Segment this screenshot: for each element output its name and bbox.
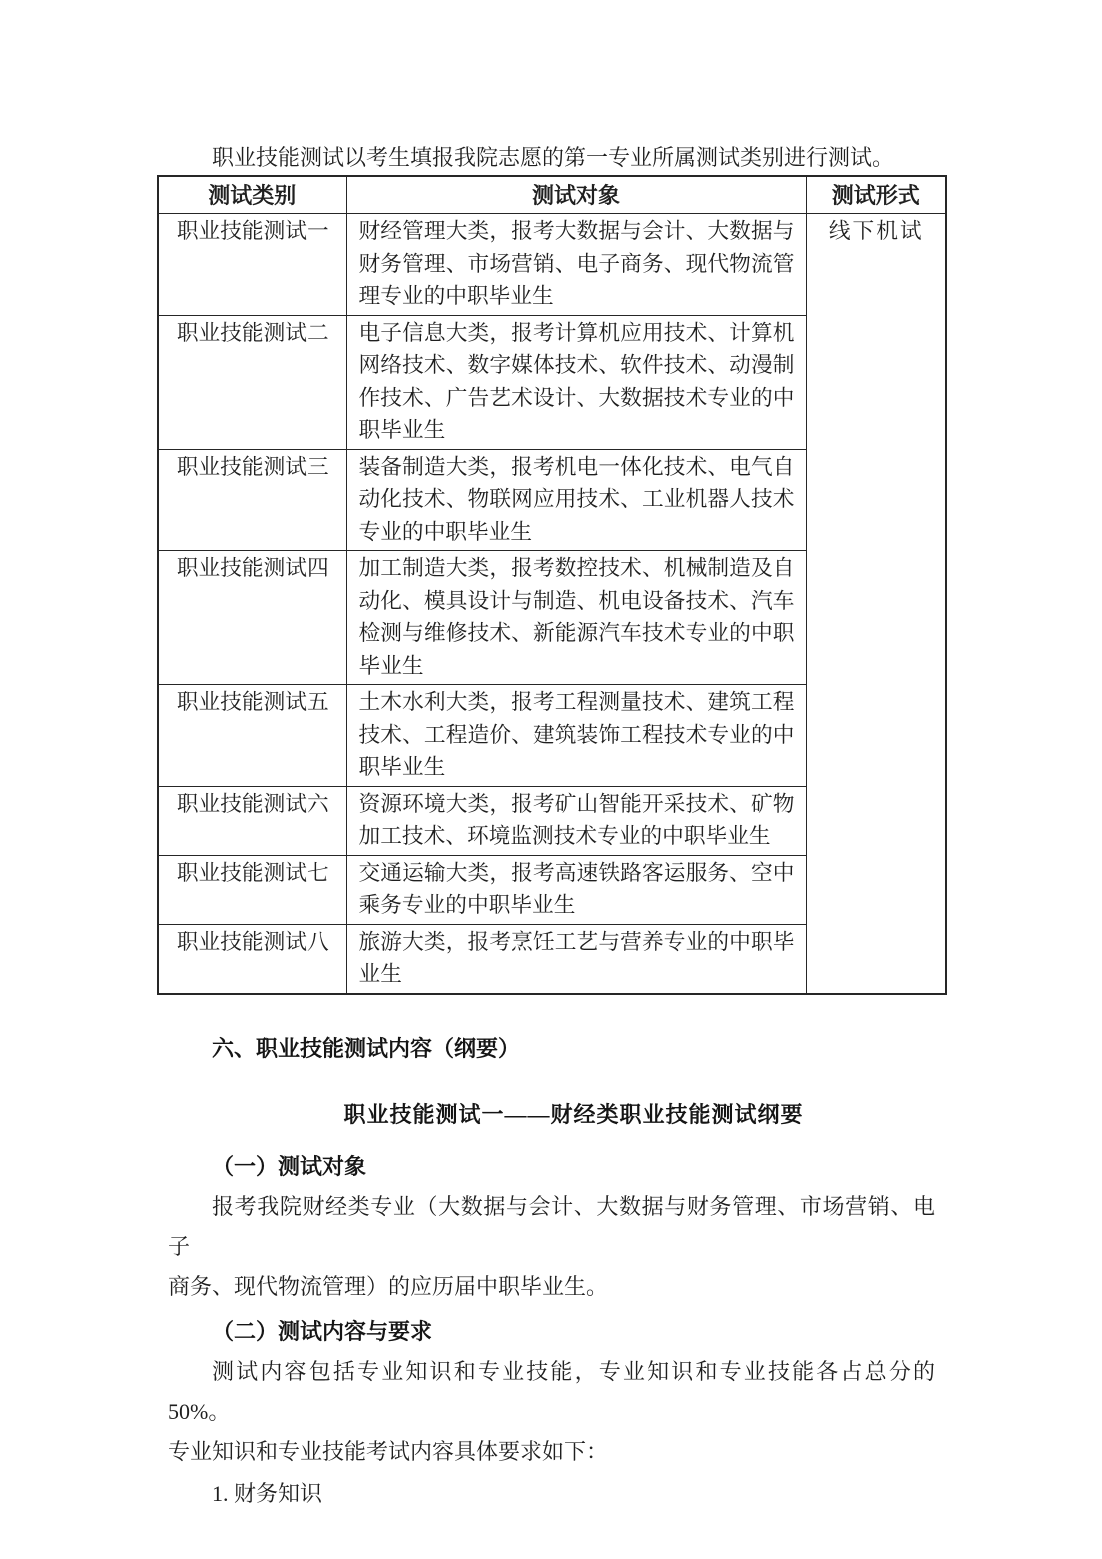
- test-target-cell: 财经管理大类，报考大数据与会计、大数据与财务管理、市场营销、电子商务、现代物流管…: [346, 214, 806, 316]
- paragraph-test-target-line: 商务、现代物流管理）的应历届中职毕业生。: [168, 1267, 935, 1307]
- paragraph-test-target-line: 报考我院财经类专业（大数据与会计、大数据与财务管理、市场营销、电子: [168, 1187, 935, 1267]
- test-target-cell: 加工制造大类，报考数控技术、机械制造及自动化、模具设计与制造、机电设备技术、汽车…: [346, 551, 806, 685]
- header-test-category: 测试类别: [158, 176, 346, 214]
- test-target-cell: 电子信息大类，报考计算机应用技术、计算机网络技术、数字媒体技术、软件技术、动漫制…: [346, 315, 806, 449]
- document-content: 职业技能测试以考生填报我院志愿的第一专业所属测试类别进行测试。 测试类别 测试对…: [168, 141, 935, 1514]
- table-row: 职业技能测试一 财经管理大类，报考大数据与会计、大数据与财务管理、市场营销、电子…: [158, 214, 946, 316]
- outline-title: 职业技能测试一——财经类职业技能测试纲要: [168, 1095, 935, 1135]
- test-category-cell: 职业技能测试二: [158, 315, 346, 449]
- test-category-cell: 职业技能测试四: [158, 551, 346, 685]
- header-test-target: 测试对象: [346, 176, 806, 214]
- test-category-cell: 职业技能测试五: [158, 685, 346, 787]
- subsection-heading-one: （一）测试对象: [168, 1147, 935, 1187]
- test-category-cell: 职业技能测试六: [158, 786, 346, 855]
- test-category-cell: 职业技能测试七: [158, 855, 346, 924]
- test-target-cell: 旅游大类，报考烹饪工艺与营养专业的中职毕业生: [346, 924, 806, 994]
- test-target-cell: 土木水利大类，报考工程测量技术、建筑工程技术、工程造价、建筑装饰工程技术专业的中…: [346, 685, 806, 787]
- table-header-row: 测试类别 测试对象 测试形式: [158, 176, 946, 214]
- test-category-cell: 职业技能测试三: [158, 449, 346, 551]
- test-target-cell: 装备制造大类，报考机电一体化技术、电气自动化技术、物联网应用技术、工业机器人技术…: [346, 449, 806, 551]
- test-target-cell: 交通运输大类，报考高速铁路客运服务、空中乘务专业的中职毕业生: [346, 855, 806, 924]
- subsection-heading-two: （二）测试内容与要求: [168, 1312, 935, 1352]
- test-target-cell: 资源环境大类，报考矿山智能开采技术、矿物加工技术、环境监测技术专业的中职毕业生: [346, 786, 806, 855]
- document-page: 职业技能测试以考生填报我院志愿的第一专业所属测试类别进行测试。 测试类别 测试对…: [0, 0, 1102, 1559]
- list-item-finance-knowledge: 1. 财务知识: [168, 1474, 935, 1514]
- paragraph-test-content-line: 测试内容包括专业知识和专业技能，专业知识和专业技能各占总分的 50%。: [168, 1352, 935, 1432]
- test-category-cell: 职业技能测试一: [158, 214, 346, 316]
- header-test-format: 测试形式: [806, 176, 946, 214]
- test-format-cell: 线下机试: [806, 214, 946, 994]
- paragraph-test-content-line: 专业知识和专业技能考试内容具体要求如下：: [168, 1432, 935, 1472]
- test-categories-table: 测试类别 测试对象 测试形式 职业技能测试一 财经管理大类，报考大数据与会计、大…: [157, 175, 947, 995]
- section-heading-six: 六、职业技能测试内容（纲要）: [168, 1029, 935, 1069]
- intro-paragraph: 职业技能测试以考生填报我院志愿的第一专业所属测试类别进行测试。: [168, 141, 935, 175]
- test-category-cell: 职业技能测试八: [158, 924, 346, 994]
